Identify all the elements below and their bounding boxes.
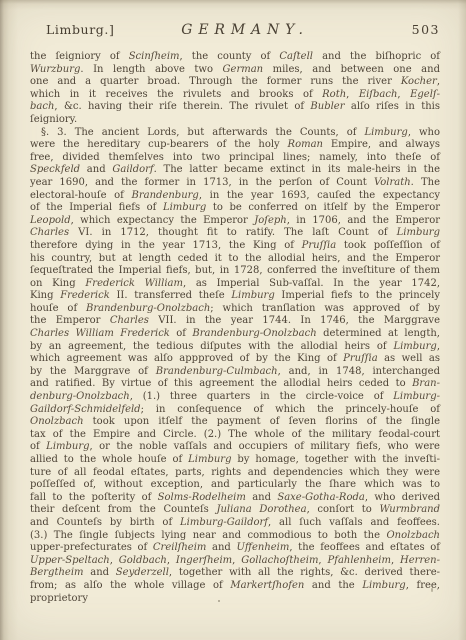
roman-text: on King (30, 278, 85, 289)
italic-text: Pfahlenheim (328, 555, 391, 566)
roman-text: year 1690, and the former in 1713, in th… (30, 177, 374, 188)
roman-text: houſe of (30, 303, 86, 314)
italic-text: Brandenburg-Culmbach (156, 366, 278, 377)
roman-text: and the (304, 580, 362, 591)
roman-text: from; as alſo the whole village of (30, 580, 230, 591)
roman-text: electoral-houſe of (30, 190, 132, 201)
text-line: from; as alſo the whole village of Marke… (30, 580, 440, 593)
italic-text: Solms-Rodelheim (158, 492, 246, 503)
text-line: therefore dying in the year 1713, the Ki… (30, 240, 440, 253)
roman-text: , in the year 1693, cauſed the expectanc… (199, 190, 440, 201)
text-line: Upper-Speltach, Goldbach, Ingerſheim, Go… (30, 555, 440, 568)
roman-text: , and, in 1748, interchanged (278, 366, 440, 377)
roman-text: ſequeſtrated the Imperial fiefs, but, in… (30, 265, 440, 276)
italic-text: Limburg (362, 580, 405, 591)
roman-text: , &c. having their riſe therein. The riv… (54, 101, 310, 112)
italic-text: Charles William Frederick (30, 328, 170, 339)
italic-text: Eiſbach (359, 89, 398, 100)
text-line: the ſeigniory of Scinſheim, the county o… (30, 51, 440, 64)
italic-text: Limburg (163, 202, 206, 213)
roman-text: alſo riſes in this (345, 101, 440, 112)
roman-text: to be conferred on itſelf by the Emperor (206, 202, 440, 213)
roman-text: which agreement was alſo appproved of by… (30, 353, 343, 364)
roman-text: , who derived (365, 492, 440, 503)
text-line: tax of the Empire and Circle. (2.) The w… (30, 429, 440, 442)
roman-text: their deſcent from the Counteſs (30, 504, 216, 515)
roman-text: ; which tranſlation was approved of by (210, 303, 440, 314)
roman-text: . The latter became extinct in its male-… (154, 164, 440, 175)
italic-text: Egelſ- (410, 89, 440, 100)
roman-text: one and a quarter broad. Through the for… (30, 76, 401, 87)
text-line: year 1690, and the former in 1713, in th… (30, 177, 440, 190)
italic-text: Limburg (364, 127, 407, 138)
roman-text: and ratified. By virtue of this agreemen… (30, 378, 412, 389)
roman-text: King (30, 290, 60, 301)
text-line: of the Imperial fiefs of Limburg to be c… (30, 202, 440, 215)
text-line: of Limburg, or the noble vaſſals and occ… (30, 441, 440, 454)
roman-text: , (437, 76, 440, 87)
italic-text: Saxe-Gotha-Roda (277, 492, 364, 503)
roman-text: , as Imperial Sub-vaſſal. In the year 17… (183, 278, 440, 289)
roman-text: , or the noble vaſſals and occupiers of … (90, 441, 440, 452)
roman-text: , which expectancy the Emperor (71, 215, 255, 226)
roman-text: and (246, 492, 278, 503)
italic-text: Gaildorf (112, 164, 153, 175)
roman-text: , who (408, 127, 440, 138)
italic-text: Scinſheim (129, 51, 180, 62)
text-line: ture of all feodal eſtates, parts, right… (30, 467, 440, 480)
roman-text: and (84, 567, 116, 578)
text-line: Bergtheim and Seyderzell, together with … (30, 567, 440, 580)
roman-text: , (437, 341, 440, 352)
text-line: by an agreement, the tedious diſputes wi… (30, 341, 440, 354)
roman-text: , (110, 555, 119, 566)
roman-text: free, divided themſelves into two princi… (30, 152, 440, 163)
italic-text: Goldbach (119, 555, 167, 566)
roman-text: Imperial fiefs to the princely (275, 290, 440, 301)
roman-text: of (30, 441, 46, 452)
roman-text: . The (411, 177, 440, 188)
roman-text: , all ſuch vaſſals and feoffees. (268, 517, 440, 528)
text-line: Leopold, which expectancy the Emperor Jo… (30, 215, 440, 228)
italic-text: Kocher (401, 76, 437, 87)
roman-text: of the Imperial fiefs of (30, 202, 163, 213)
text-line: denburg-Onolzbach, (1.) three quarters i… (30, 391, 440, 404)
roman-text: the Emperor (30, 315, 110, 326)
roman-text: tax of the Empire and Circle. (2.) The w… (30, 429, 440, 440)
roman-text: took upon itſelf the payment of ſeven fl… (84, 416, 440, 427)
text-line: were the hereditary cup-bearers of the h… (30, 139, 440, 152)
roman-text: upper-prefecturates of (30, 542, 153, 553)
roman-text: poſſeſſed of, without exception, and par… (30, 479, 440, 490)
body-text: the ſeigniory of Scinſheim, the county o… (30, 51, 440, 605)
text-line: bach, &c. having their riſe therein. The… (30, 101, 440, 114)
roman-text: of (170, 328, 193, 339)
italic-text: Charles (30, 227, 69, 238)
italic-text: Speckfeld (30, 164, 80, 175)
roman-text: by the Marggrave of (30, 366, 156, 377)
italic-text: Limburg (231, 290, 274, 301)
italic-text: Onolzbach (30, 416, 84, 427)
italic-text: Ingerſheim (176, 555, 232, 566)
roman-text: the ſeigniory of (30, 51, 129, 62)
italic-text: Brandenburg-Onolzbach (192, 328, 316, 339)
text-line: King Frederick II. transferred theſe Lim… (30, 290, 440, 303)
text-line: poſſeſſed of, without exception, and par… (30, 479, 440, 492)
italic-text: Limburg (46, 441, 89, 452)
roman-text: by an agreement, the tedious diſputes wi… (30, 341, 393, 352)
italic-text: bach (30, 101, 54, 112)
text-line: allied to the whole houſe of Limburg by … (30, 454, 440, 467)
roman-text: his country, but at length ceded it to t… (30, 253, 440, 264)
italic-text: Pruſſia (343, 353, 378, 364)
roman-text: , conſort to (307, 504, 380, 515)
italic-text: Limburg (393, 341, 436, 352)
text-line: and ratified. By virtue of this agreemen… (30, 378, 440, 391)
text-line: his country, but at length ceded it to t… (30, 253, 440, 266)
catchword: proprietory (30, 593, 440, 606)
text-line: (3.) The ſingle ſubjects lying near and … (30, 530, 440, 543)
text-line: Speckfeld and Gaildorf. The latter becam… (30, 164, 440, 177)
roman-text: which in it receives the rivulets and br… (30, 89, 322, 100)
roman-text: VI. in 1712, thought fit to ratify. The … (69, 227, 397, 238)
italic-text: Limburg-Gaildorf (180, 517, 268, 528)
page-header: Limburg.] GERMANY. 503 (30, 22, 440, 38)
roman-text: ; in conſequence of which the princely-h… (141, 404, 440, 415)
page-edge-top (0, 0, 466, 10)
roman-text: , (232, 555, 241, 566)
text-line: one and a quarter broad. Through the for… (30, 76, 440, 89)
roman-text: VII. in the year 1744. In 1746, the Marg… (149, 315, 440, 326)
text-line: the Emperor Charles VII. in the year 174… (30, 315, 440, 328)
roman-text: , (167, 555, 176, 566)
italic-text: Caſtell (279, 51, 313, 62)
italic-text: Joſeph (254, 215, 287, 226)
roman-text: , (397, 89, 410, 100)
page-edge-right (458, 0, 466, 640)
roman-text: therefore dying in the year 1713, the Ki… (30, 240, 302, 251)
roman-text: determined at length, (317, 328, 440, 339)
italic-text: Gollachoſtheim (241, 555, 318, 566)
italic-text: Uffenheim (236, 542, 289, 553)
roman-text: , in 1706, and the Emperor (287, 215, 440, 226)
text-line: Onolzbach took upon itſelf the payment o… (30, 416, 440, 429)
roman-text: . In length above two (80, 64, 222, 75)
roman-text: II. transferred theſe (110, 290, 232, 301)
italic-text: Pruſſia (302, 240, 337, 251)
roman-text: and (206, 542, 236, 553)
roman-text: allied to the whole houſe of (30, 454, 188, 465)
italic-text: Wurzburg (30, 64, 80, 75)
italic-text: Wurmbrand (379, 504, 440, 515)
roman-text: Empire, and always (323, 139, 440, 150)
roman-text: , free, (406, 580, 440, 591)
italic-text: Limburg (397, 227, 440, 238)
text-line: and Counteſs by birth of Limburg-Gaildor… (30, 517, 440, 530)
italic-text: Limburg- (393, 391, 440, 402)
text-line: Charles VI. in 1712, thought fit to rati… (30, 227, 440, 240)
page-number: 503 (412, 22, 440, 37)
italic-text: Volrath (374, 177, 411, 188)
roman-text: (3.) The ſingle ſubjects lying near and … (30, 530, 386, 541)
text-line: fall to the poſterity of Solms-Rodelheim… (30, 492, 440, 505)
italic-text: Seyderzell (116, 567, 169, 578)
italic-text: Creilſheim (153, 542, 207, 553)
italic-text: Leopold (30, 215, 71, 226)
text-line: Wurzburg. In length above two German mil… (30, 64, 440, 77)
italic-text: Herren- (400, 555, 440, 566)
roman-text: and (80, 164, 112, 175)
roman-text: , (391, 555, 400, 566)
text-line: free, divided themſelves into two princi… (30, 152, 440, 165)
italic-text: Charles (110, 315, 149, 326)
italic-text: Brandenburg (132, 190, 199, 201)
italic-text: Onolzbach (386, 530, 440, 541)
roman-text: , (1.) three quarters in the circle-voic… (130, 391, 394, 402)
roman-text: , together with all the rights, &c. deri… (169, 567, 440, 578)
text-line: on King Frederick William, as Imperial S… (30, 278, 440, 291)
roman-text: , (318, 555, 327, 566)
text-line: ſeigniory. (30, 114, 440, 127)
page-edge-left (0, 0, 18, 640)
text-line: their deſcent from the Counteſs Juliana … (30, 504, 440, 517)
running-title: GERMANY. (181, 22, 309, 38)
roman-text: fall to the poſterity of (30, 492, 158, 503)
text-line: Gaildorf-Schmidelfeld; in conſequence of… (30, 404, 440, 417)
roman-text: were the hereditary cup-bearers of the h… (30, 139, 288, 150)
roman-text: by homage, together with the inveſti- (231, 454, 440, 465)
roman-text: miles, and between one and (263, 64, 440, 75)
roman-text: , the county of (180, 51, 280, 62)
text-line: ſequeſtrated the Imperial fiefs, but, in… (30, 265, 440, 278)
italic-text: Bran- (412, 378, 440, 389)
roman-text: ture of all feodal eſtates, parts, right… (30, 467, 440, 478)
italic-text: Upper-Speltach (30, 555, 110, 566)
italic-text: denburg-Onolzbach (30, 391, 130, 402)
book-page: Limburg.] GERMANY. 503 the ſeigniory of … (0, 0, 466, 640)
text-line: upper-prefecturates of Creilſheim and Uf… (30, 542, 440, 555)
roman-text: , the feoffees and eſtates of (289, 542, 440, 553)
italic-text: Brandenburg-Onolzbach (86, 303, 210, 314)
italic-text: Roth (322, 89, 346, 100)
italic-text: Roman (288, 139, 323, 150)
text-line: by the Marggrave of Brandenburg-Culmbach… (30, 366, 440, 379)
roman-text: , (346, 89, 359, 100)
text-line: houſe of Brandenburg-Onolzbach; which tr… (30, 303, 440, 316)
italic-text: Markertſhofen (230, 580, 304, 591)
italic-text: Juliana Dorothea (216, 504, 306, 515)
roman-text: took poſſeſſion of (336, 240, 440, 251)
text-line: §. 3. The ancient Lords, but afterwards … (30, 127, 440, 140)
text-line: which in it receives the rivulets and br… (30, 89, 440, 102)
roman-text: and the biſhopric of (313, 51, 440, 62)
italic-text: Bubler (310, 101, 344, 112)
italic-text: Bergtheim (30, 567, 84, 578)
text-line: Charles William Frederick of Brandenburg… (30, 328, 440, 341)
running-title-left: Limburg.] (46, 22, 114, 37)
italic-text: Frederick (60, 290, 110, 301)
italic-text: German (223, 64, 264, 75)
roman-text: as well as (378, 353, 440, 364)
italic-text: Gaildorf-Schmidelfeld (30, 404, 141, 415)
text-line: which agreement was alſo appproved of by… (30, 353, 440, 366)
roman-text: ſeigniory. (30, 114, 77, 125)
roman-text: and Counteſs by birth of (30, 517, 180, 528)
text-line: electoral-houſe of Brandenburg, in the y… (30, 190, 440, 203)
italic-text: Limburg (188, 454, 231, 465)
roman-text: §. 3. The ancient Lords, but afterwards … (41, 127, 364, 138)
italic-text: Frederick William (85, 278, 183, 289)
